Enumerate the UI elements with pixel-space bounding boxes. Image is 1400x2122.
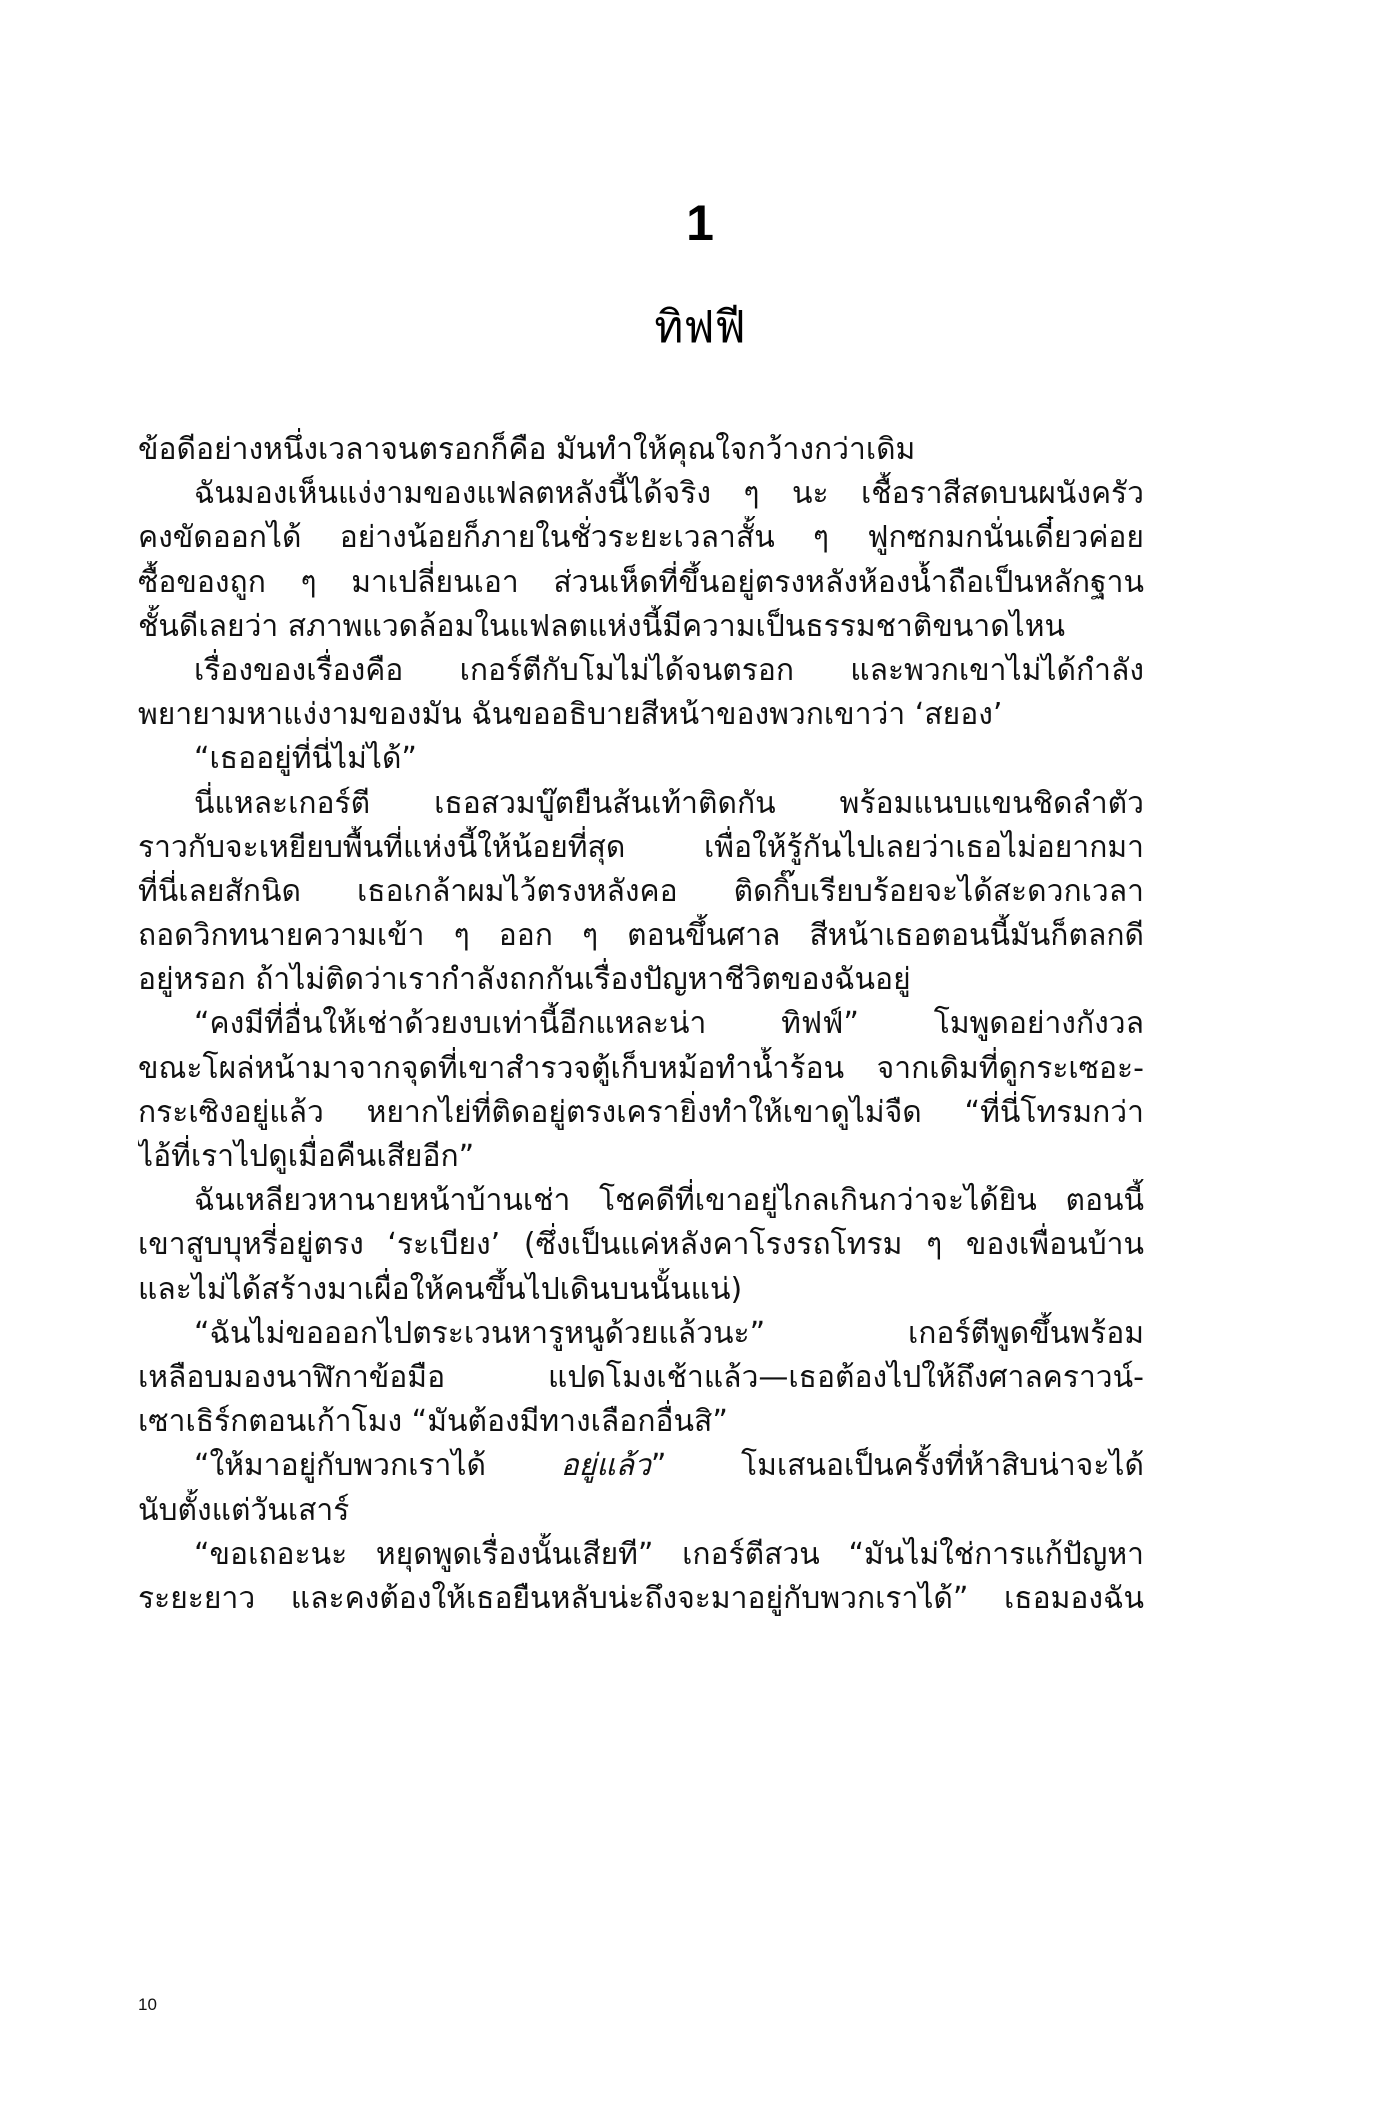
- text-line: นับตั้งแต่วันเสาร์: [138, 1489, 1144, 1533]
- text-line: ขณะโผล่หน้ามาจากจุดที่เขาสำรวจตู้เก็บหม้…: [138, 1047, 1144, 1091]
- emphasis-text: อยู่แล้ว: [561, 1448, 651, 1483]
- text-segment: ” โมเสนอเป็นครั้งที่ห้าสิบน่าจะได้: [651, 1448, 1144, 1483]
- text-line: “ขอเถอะนะ หยุดพูดเรื่องนั้นเสียที” เกอร์…: [138, 1533, 1144, 1577]
- text-line: เซาเธิร์กตอนเก้าโมง “มันต้องมีทางเลือกอื…: [138, 1400, 1144, 1444]
- text-segment: “ให้มาอยู่กับพวกเราได้: [194, 1448, 561, 1483]
- text-line: “คงมีที่อื่นให้เช่าด้วยงบเท่านี้อีกแหละน…: [138, 1002, 1144, 1046]
- text-line: ฉันมองเห็นแง่งามของแฟลตหลังนี้ได้จริง ๆ …: [138, 472, 1144, 516]
- text-line: เหลือบมองนาฬิกาข้อมือ แปดโมงเช้าแล้ว—เธอ…: [138, 1356, 1144, 1400]
- page-number: 10: [138, 1995, 157, 2015]
- text-line: “ฉันไม่ขอออกไปตระเวนหารูหนูด้วยแล้วนะ” เ…: [138, 1312, 1144, 1356]
- text-line: กระเซิงอยู่แล้ว หยากไย่ที่ติดอยู่ตรงเครา…: [138, 1091, 1144, 1135]
- text-line: เรื่องของเรื่องคือ เกอร์ตีกับโมไม่ได้จนต…: [138, 649, 1144, 693]
- text-line: “เธออยู่ที่นี่ไม่ได้”: [138, 737, 1144, 781]
- text-line: ระยะยาว และคงต้องให้เธอยืนหลับน่ะถึงจะมา…: [138, 1577, 1144, 1621]
- text-line: พยายามหาแง่งามของมัน ฉันขออธิบายสีหน้าขอ…: [138, 693, 1144, 737]
- text-line: ข้อดีอย่างหนึ่งเวลาจนตรอกก็คือ มันทำให้ค…: [138, 428, 1144, 472]
- text-line: ราวกับจะเหยียบพื้นที่แห่งนี้ให้น้อยที่สุ…: [138, 826, 1144, 870]
- text-line: ฉันเหลียวหานายหน้าบ้านเช่า โชคดีที่เขาอย…: [138, 1179, 1144, 1223]
- body-text: ข้อดีอย่างหนึ่งเวลาจนตรอกก็คือ มันทำให้ค…: [138, 428, 1144, 1621]
- text-line: ซื้อของถูก ๆ มาเปลี่ยนเอา ส่วนเห็ดที่ขึ้…: [138, 561, 1144, 605]
- book-page: 1 ทิฟฟี ข้อดีอย่างหนึ่งเวลาจนตรอกก็คือ ม…: [0, 0, 1400, 2122]
- text-line: อยู่หรอก ถ้าไม่ติดว่าเรากำลังถกกันเรื่อง…: [138, 958, 1144, 1002]
- text-line: เขาสูบบุหรี่อยู่ตรง ‘ระเบียง’ (ซึ่งเป็นแ…: [138, 1223, 1144, 1267]
- text-line: และไม่ได้สร้างมาเผื่อให้คนขึ้นไปเดินบนนั…: [138, 1268, 1144, 1312]
- text-line: ที่นี่เลยสักนิด เธอเกล้าผมไว้ตรงหลังคอ ต…: [138, 870, 1144, 914]
- text-line: คงขัดออกได้ อย่างน้อยก็ภายในชั่วระยะเวลา…: [138, 516, 1144, 560]
- text-line: “ให้มาอยู่กับพวกเราได้ อยู่แล้ว” โมเสนอเ…: [138, 1444, 1144, 1488]
- text-line: ไอ้ที่เราไปดูเมื่อคืนเสียอีก”: [138, 1135, 1144, 1179]
- text-line: นี่แหละเกอร์ตี เธอสวมบู๊ตยืนส้นเท้าติดกั…: [138, 782, 1144, 826]
- text-line: ถอดวิกทนายความเข้า ๆ ออก ๆ ตอนขึ้นศาล สี…: [138, 914, 1144, 958]
- chapter-number: 1: [0, 193, 1400, 253]
- text-line: ชั้นดีเลยว่า สภาพแวดล้อมในแฟลตแห่งนี้มีค…: [138, 605, 1144, 649]
- chapter-title: ทิฟฟี: [0, 298, 1400, 358]
